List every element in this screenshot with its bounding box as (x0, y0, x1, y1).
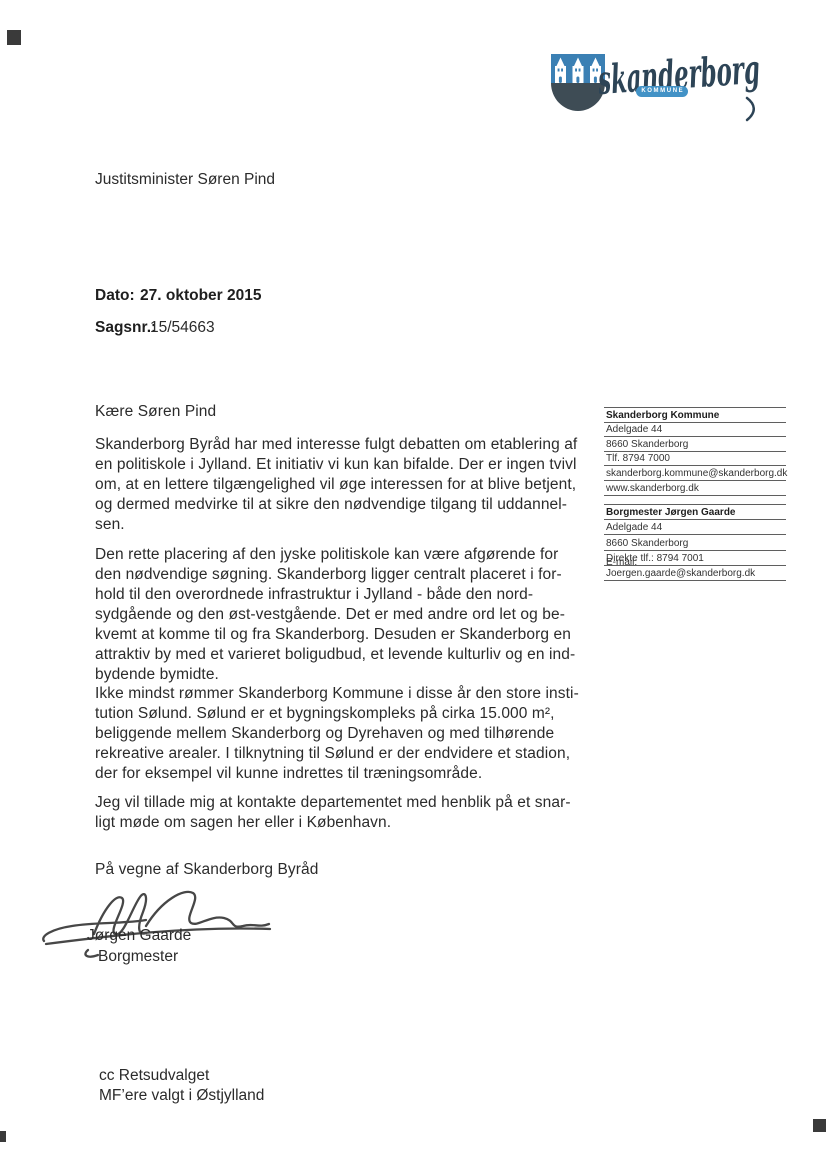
scan-mark-top-left (7, 30, 21, 45)
sidebar-kommune-contact: Skanderborg Kommune Adelgade 44 8660 Ska… (604, 407, 786, 496)
sidebar-mayor-email: E-mail: Joergen.gaarde@skanderborg.dk (604, 566, 786, 581)
paragraph-3: Ikke mindst rømmer Skanderborg Kommune i… (95, 684, 600, 784)
sidebar-kommune-phone: Tlf. 8794 7000 (604, 452, 786, 467)
case-number-label: Sagsnr.: (95, 319, 150, 337)
case-number-value: 15/54663 (150, 319, 215, 336)
cc-block: cc Retsudvalget MF’ere valgt i Østjyllan… (99, 1066, 264, 1106)
signer-title: Borgmester (98, 948, 178, 966)
closing-line: På vegne af Skanderborg Byråd (95, 860, 600, 880)
sidebar-kommune-city: 8660 Skanderborg (604, 437, 786, 452)
signer-name: Jørgen Gaarde (87, 927, 191, 945)
scan-mark-bottom-left (0, 1131, 6, 1142)
sidebar-kommune-website: www.skanderborg.dk (604, 481, 786, 496)
sidebar-kommune-title: Skanderborg Kommune (604, 408, 786, 423)
date-value: 27. oktober 2015 (140, 287, 261, 304)
greeting: Kære Søren Pind (95, 402, 600, 422)
sidebar-kommune-address: Adelgade 44 (604, 423, 786, 438)
case-number-row: Sagsnr.:15/54663 (95, 319, 215, 337)
paragraph-4: Jeg vil tillade mig at kontakte departem… (95, 793, 600, 833)
sidebar-mayor-address: Adelgade 44 (604, 520, 786, 535)
sidebar-mayor-title: Borgmester Jørgen Gaarde (604, 505, 786, 520)
paragraph-2: Den rette placering af den jyske politis… (95, 545, 600, 685)
logo-wordmark: skanderborg (597, 46, 775, 126)
sidebar-kommune-email: skanderborg.kommune@skanderborg.dk (604, 466, 786, 481)
logo-banner: KOMMUNE (636, 86, 688, 97)
date-label: Dato: (95, 287, 140, 305)
recipient-line: Justitsminister Søren Pind (95, 171, 275, 189)
sidebar-mayor-city: 8660 Skanderborg (604, 535, 786, 550)
sidebar-mayor-contact: Borgmester Jørgen Gaarde Adelgade 44 866… (604, 504, 786, 581)
date-row: Dato:27. oktober 2015 (95, 287, 261, 305)
letter-page: skanderborg KOMMUNE Justitsminister Søre… (0, 0, 826, 1168)
scan-mark-bottom-right (813, 1119, 826, 1132)
paragraph-1: Skanderborg Byråd har med interesse fulg… (95, 435, 600, 535)
